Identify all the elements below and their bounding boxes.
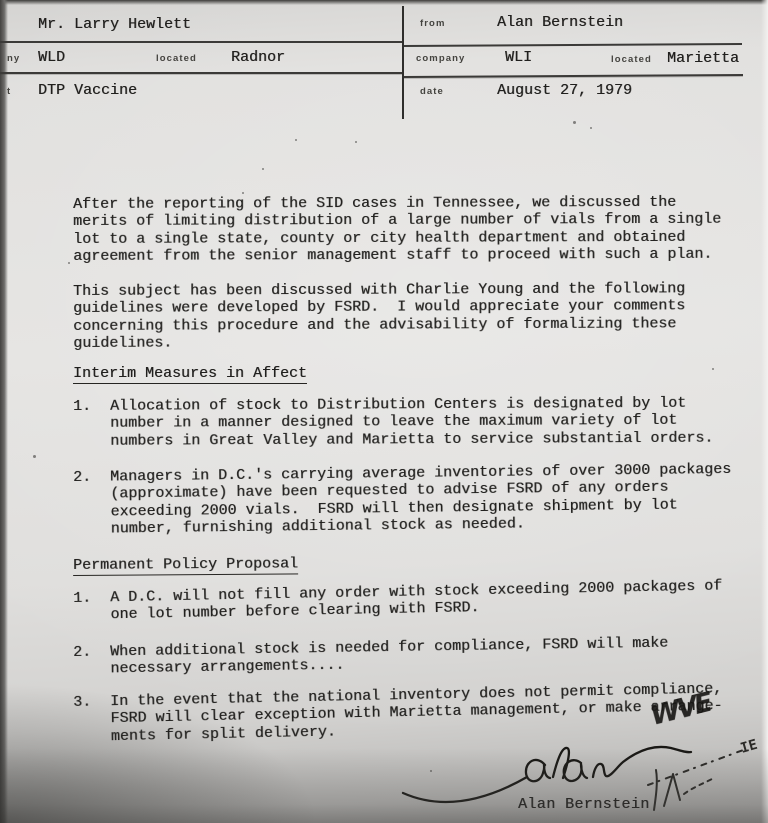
field-company-label-cropped: ny bbox=[7, 53, 20, 64]
heading-interim-measures: Interim Measures in Affect bbox=[73, 364, 307, 384]
field-company2-label: company bbox=[416, 53, 465, 64]
heading-permanent-policy: Permanent Policy Proposal bbox=[73, 554, 298, 576]
scan-edge-right bbox=[761, 0, 768, 823]
heading-permanent-policy-text: Permanent Policy Proposal bbox=[73, 555, 298, 576]
field-located-value: Radnor bbox=[231, 49, 285, 66]
field-company2-value: WLI bbox=[505, 49, 532, 66]
header-rule-left-1 bbox=[0, 41, 402, 43]
scanned-memo-page: Mr. Larry Hewlett ny WLD located Radnor … bbox=[0, 0, 768, 823]
policy-item-1: 1. A D.C. will not fill any order with s… bbox=[73, 578, 723, 625]
field-company-value: WLD bbox=[38, 49, 65, 66]
policy-item-2-text: When additional stock is needed for comp… bbox=[110, 635, 669, 679]
header-column-divider bbox=[402, 6, 404, 119]
policy-item-2-number: 2. bbox=[73, 643, 111, 678]
field-date-value: August 27, 1979 bbox=[497, 82, 632, 99]
interim-item-1: 1. Allocation of stock to Distribution C… bbox=[73, 395, 713, 451]
interim-item-2-number: 2. bbox=[73, 469, 111, 539]
header-rule-left-2 bbox=[0, 72, 402, 74]
heading-interim-measures-text: Interim Measures in Affect bbox=[73, 365, 307, 384]
policy-item-1-text: A D.C. will not fill any order with stoc… bbox=[110, 578, 723, 625]
interim-item-2-text: Managers in D.C.'s carrying average inve… bbox=[110, 461, 732, 538]
interim-item-2: 2. Managers in D.C.'s carrying average i… bbox=[73, 461, 732, 539]
field-subject-label-cropped: t bbox=[7, 86, 11, 97]
field-located2-value: Marietta bbox=[667, 50, 739, 67]
field-subject-value: DTP Vaccine bbox=[38, 82, 137, 99]
interim-item-1-number: 1. bbox=[73, 398, 110, 450]
scan-edge-top bbox=[0, 0, 768, 5]
field-located2-label: located bbox=[611, 54, 652, 65]
paragraph-intro: After the reporting of the SID cases in … bbox=[73, 194, 721, 266]
field-date-label: date bbox=[420, 86, 444, 97]
policy-item-2: 2. When additional stock is needed for c… bbox=[73, 635, 669, 679]
field-located-label: located bbox=[156, 53, 197, 64]
header-rule-right-1 bbox=[404, 43, 742, 47]
interim-item-1-text: Allocation of stock to Distribution Cent… bbox=[110, 395, 713, 450]
paragraph-guidelines: This subject has been discussed with Cha… bbox=[73, 280, 685, 352]
field-from-label: from bbox=[420, 18, 446, 29]
policy-item-1-number: 1. bbox=[73, 589, 111, 625]
field-from-value: Alan Bernstein bbox=[497, 14, 623, 31]
scan-shadow-corner bbox=[0, 683, 320, 823]
header-rule-right-2 bbox=[404, 74, 743, 78]
field-to-value: Mr. Larry Hewlett bbox=[38, 16, 191, 33]
